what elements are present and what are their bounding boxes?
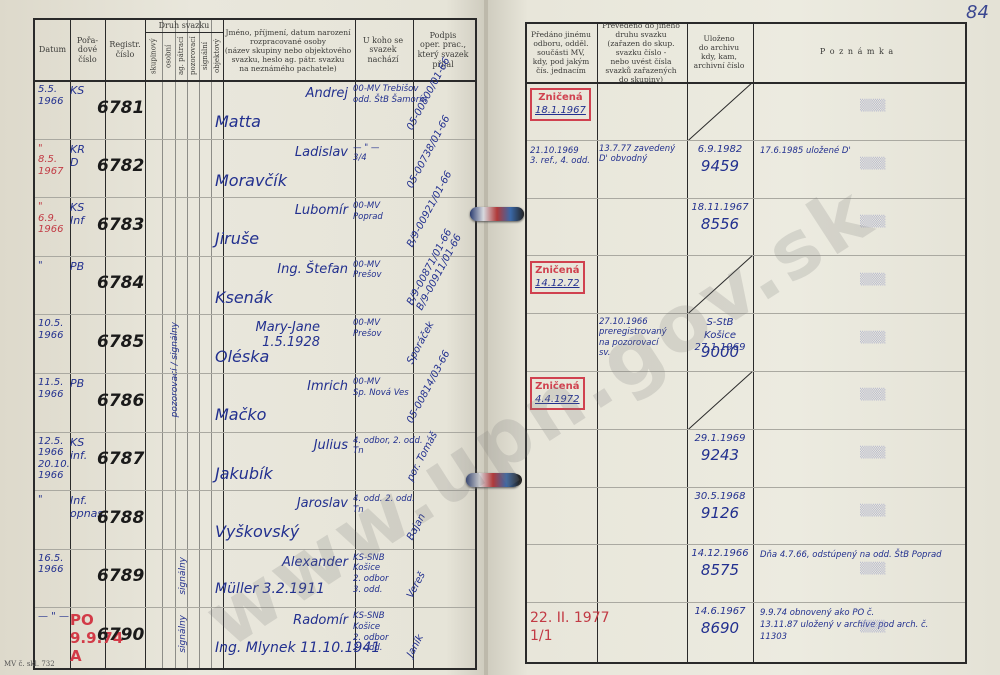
header-pozorovaci: pozorovací: [187, 34, 199, 78]
row-u-koho: 4. odd. 2. odd. Tn: [353, 494, 415, 515]
binding-cord: [470, 207, 524, 221]
row-registr-cislo: 6781: [97, 98, 144, 118]
destroyed-stamp: Zničená4.4.1972: [530, 377, 585, 410]
faint-stamp-mark: ▒▒▒: [860, 157, 885, 170]
row-ulozeno-archive-number: 8690: [690, 619, 750, 637]
row-divider: [527, 371, 965, 372]
row-first-name: Jaroslav: [268, 496, 348, 511]
header-registr-cislo: Registr. číslo: [105, 22, 145, 78]
faint-stamp-mark: ▒▒▒: [860, 504, 885, 517]
faint-stamp-mark: ▒▒▒: [860, 446, 885, 459]
row-registr-cislo: 6788: [97, 508, 144, 528]
header-poznamka: P o z n á m k a: [752, 24, 962, 80]
col-divider: [162, 20, 163, 668]
row-divider: [527, 255, 965, 256]
row-poznamka: 17.6.1985 uložené D': [760, 146, 851, 158]
row-ulozeno-date: 30.5.1968: [690, 491, 750, 504]
row-predano: 21.10.1969 3. ref., 4. odd.: [530, 146, 590, 167]
row-surname: Matta: [215, 112, 261, 131]
row-divider: [527, 544, 965, 545]
faint-stamp-mark: ▒▒▒: [860, 99, 885, 112]
header-objektovy: objektový: [211, 34, 223, 78]
header-druh-svazku: Druh svazku: [145, 20, 223, 33]
row-registr-cislo: 6784: [97, 273, 144, 293]
header-prevedeno: Převedeno do jiného druhu svazku (zařaze…: [597, 24, 685, 80]
row-registr-cislo: 6787: [97, 449, 144, 469]
row-divider: [35, 314, 475, 315]
col-divider: [145, 20, 146, 668]
row-u-koho: — " — 3/4: [353, 143, 379, 164]
row-datum: ": [38, 260, 43, 272]
col-divider: [70, 20, 71, 668]
row-registr-cislo: 6785: [97, 332, 144, 352]
row-datum: — " —: [38, 611, 69, 623]
header-jmeno: Jméno, příjmení, datum narození rozpraco…: [223, 22, 353, 78]
header-poradove-cislo: Pořa- dové číslo: [70, 22, 105, 78]
row-u-koho: KS-SNB Košice 2. odbor 2. odd.: [353, 611, 389, 654]
col-divider: [199, 20, 200, 668]
header-divider: [527, 82, 965, 84]
col-divider: [211, 20, 212, 668]
header-u-koho: U koho se svazek nachází: [355, 22, 411, 78]
row-ulozeno-archive-number: 9243: [690, 446, 750, 464]
row-datum: 5.5. 1966: [38, 84, 63, 107]
row-first-name: Julius: [268, 438, 348, 453]
row-datum: " 8.5. 1967: [38, 143, 63, 178]
row-ulozeno-date: 14.12.1966: [690, 548, 750, 561]
header-ulozeno: Uloženo do archivu kdy, kam, archivní čí…: [687, 24, 751, 80]
row-divider: [35, 549, 475, 550]
row-ulozeno-date: 18.11.1967: [690, 202, 750, 215]
row-registr-cislo: 6789: [97, 566, 144, 586]
stamp-date: 4.4.1972: [535, 394, 580, 407]
row-first-name: Lubomír: [268, 203, 348, 218]
row-surname: Oléska: [215, 347, 269, 366]
row-poznamka: Dňa 4.7.66, odstúpený na odd. ŠtB Poprad: [760, 550, 942, 562]
row-datum: " 6.9. 1966: [38, 201, 63, 236]
row-u-koho: KS-SNB Košice 2. odbor 3. odd.: [353, 553, 389, 596]
row-divider: [527, 429, 965, 430]
row-poradove-cislo: KS Inf: [70, 201, 84, 227]
row-divider: [35, 256, 475, 257]
row-divider: [35, 607, 475, 608]
row-surname: Jiruše: [215, 229, 259, 248]
row-first-name: Radomír: [268, 613, 348, 628]
faint-stamp-mark: ▒▒▒: [860, 620, 885, 633]
row-poradove-cislo: KS: [70, 84, 84, 97]
header-divider: [35, 80, 475, 82]
row-u-koho: 00-MV Sp. Nová Ves: [353, 377, 409, 398]
faint-stamp-mark: ▒▒▒: [860, 388, 885, 401]
header-ag-patraci: ag. pátrací: [175, 34, 187, 78]
row-surname: Ksenák: [215, 288, 273, 307]
row-u-koho: 00-MV Poprad: [353, 201, 383, 222]
row-surname: Mačko: [215, 405, 266, 424]
row-ulozeno-archive-number: 9000: [690, 343, 750, 361]
row-poradove-cislo: PB: [70, 260, 84, 273]
form-code: MV č. skl. 732: [4, 660, 55, 668]
row-datum: 10.5. 1966: [38, 318, 63, 341]
row-datum: 16.5. 1966: [38, 553, 63, 576]
destroyed-stamp: Zničená14.12.72: [530, 261, 585, 294]
col-divider: [753, 24, 754, 662]
row-poradove-cislo: KS inf.: [70, 436, 87, 462]
row-first-name: Andrej: [268, 86, 348, 101]
row-first-name: Imrich: [268, 379, 348, 394]
row-first-name: Alexander: [268, 555, 348, 570]
stamp-title: Zničená: [535, 92, 586, 105]
row-datum: 11.5. 1966: [38, 377, 63, 400]
book-gutter: [484, 0, 488, 675]
row-ulozeno-archive-number: 8575: [690, 561, 750, 579]
row-first-name: Ladislav: [268, 145, 348, 160]
row-predano: 22. II. 1977 1/1: [530, 610, 610, 645]
row-divider: [527, 313, 965, 314]
faint-stamp-mark: ▒▒▒: [860, 331, 885, 344]
row-ulozeno-archive-number: 8556: [690, 215, 750, 233]
col-divider: [597, 24, 598, 662]
row-first-name: Ing. Štefan: [268, 262, 348, 277]
row-registr-cislo: 6783: [97, 215, 144, 235]
row-ulozeno-date: 29.1.1969: [690, 433, 750, 446]
row-ulozeno-date: 14.6.1967: [690, 606, 750, 619]
row-divider: [35, 490, 475, 491]
row-datum: 12.5. 1966 20.10. 1966: [38, 436, 70, 482]
row-registr-cislo: 6786: [97, 391, 144, 411]
row-ulozeno-archive-number: 9459: [690, 157, 750, 175]
stamp-title: Zničená: [535, 265, 580, 278]
header-datum: Datum: [35, 22, 70, 78]
row-prevedeno: 27.10.1966 preregistrovaný na pozorovací…: [599, 317, 667, 358]
row-surname: Moravčík: [215, 171, 287, 190]
row-poradove-cislo: KR D: [70, 143, 85, 169]
row-druh-svazku: signálny: [178, 557, 188, 595]
row-divider: [35, 432, 475, 433]
row-divider: [35, 373, 475, 374]
page-number: 84: [966, 2, 989, 23]
row-u-koho: 4. odbor, 2. odd. Tn: [353, 436, 423, 457]
stamp-title: Zničená: [535, 381, 580, 394]
row-prevedeno: 13.7.77 zavedený D' obvodný: [599, 144, 675, 164]
row-poznamka: 9.9.74 obnovený ako PO č. 13.11.87 ulože…: [760, 608, 928, 644]
destroyed-stamp: Zničená18.1.1967: [530, 88, 591, 121]
faint-stamp-mark: ▒▒▒: [860, 562, 885, 575]
row-registr-cislo: 6790: [97, 625, 144, 645]
row-divider: [527, 487, 965, 488]
row-ulozeno-date: 6.9.1982: [690, 144, 750, 157]
row-druh-svazku: pozorovací / signálny: [170, 322, 180, 417]
col-divider: [687, 24, 688, 662]
row-surname: Vyškovský: [215, 522, 299, 541]
row-druh-svazku: signálny: [178, 615, 188, 653]
row-registr-cislo: 6782: [97, 156, 144, 176]
header-skupinovy: skupinový: [145, 34, 162, 78]
row-divider: [35, 197, 475, 198]
binding-cord: [466, 473, 520, 487]
faint-stamp-mark: ▒▒▒: [860, 215, 885, 228]
stamp-date: 18.1.1967: [535, 105, 586, 118]
row-divider: [527, 602, 965, 603]
header-signalni: signální: [199, 34, 211, 78]
row-ulozeno-archive-number: 9126: [690, 504, 750, 522]
row-poradove-cislo: PB: [70, 377, 84, 390]
header-predano: Předáno jinému odboru, odděl. součásti M…: [527, 24, 595, 80]
row-divider: [527, 140, 965, 141]
row-u-koho: 00-MV Prešov: [353, 260, 382, 281]
stamp-date: 14.12.72: [535, 278, 580, 291]
row-u-koho: 00-MV Prešov: [353, 318, 382, 339]
row-datum: ": [38, 494, 43, 506]
faint-stamp-mark: ▒▒▒: [860, 273, 885, 286]
row-u-koho: 00-MV Trebišov odd. ŠtB Šamorín: [353, 84, 427, 105]
header-osobni: osobní: [162, 34, 175, 78]
row-surname: Jakubík: [215, 464, 273, 483]
row-surname: Müller 3.2.1911: [215, 581, 325, 597]
row-divider: [527, 198, 965, 199]
row-divider: [35, 139, 475, 140]
